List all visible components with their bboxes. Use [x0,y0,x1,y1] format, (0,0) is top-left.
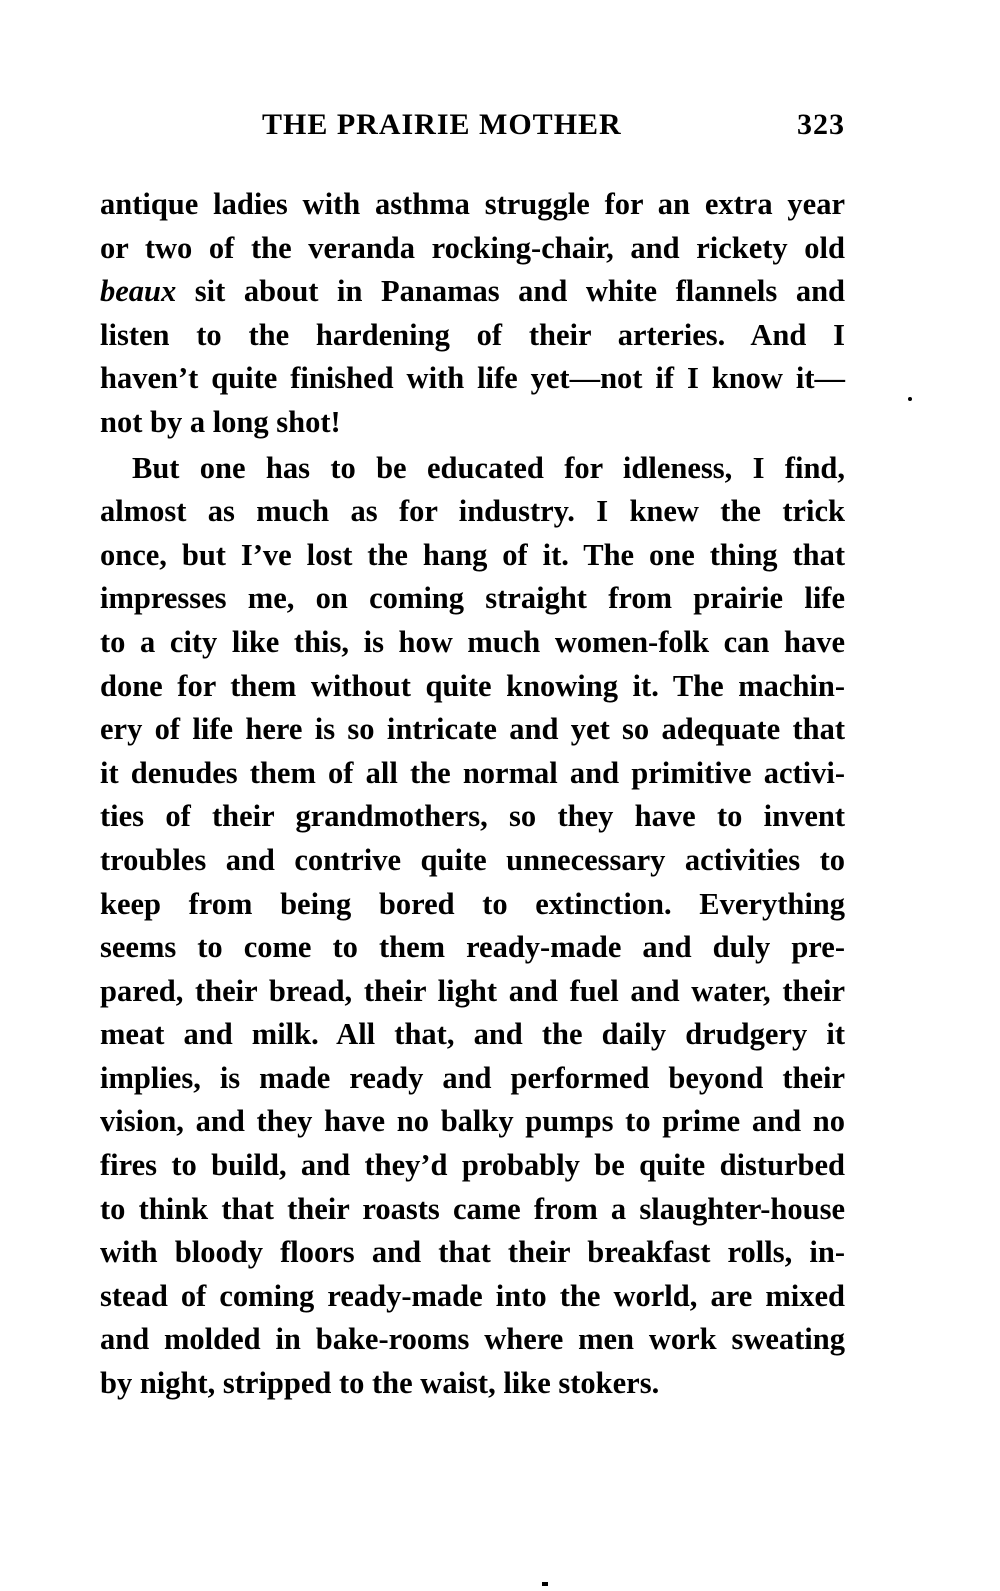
text-line: vision, and they have no balky pumps to … [100,1100,845,1144]
italic-word: beaux [100,274,176,308]
text-line: not by a long shot! [100,401,845,445]
text-line: almost as much as for industry. I knew t… [100,490,845,534]
text-line: troubles and contrive quite unnecessary … [100,839,845,883]
scan-mark [542,1582,548,1586]
text-line: ties of their grandmothers, so they have… [100,795,845,839]
text-line: pared, their bread, their light and fuel… [100,970,845,1014]
body-text: antique ladies with asthma struggle for … [100,183,845,1406]
text-line: with bloody floors and that their breakf… [100,1231,845,1275]
text-line: or two of the veranda rocking-chair, and… [100,227,845,271]
scan-speck [908,397,912,401]
text-line: beaux sit about in Panamas and white fla… [100,270,845,314]
text-line: keep from being bored to extinction. Eve… [100,883,845,927]
running-title: THE PRAIRIE MOTHER [262,108,622,142]
text-line: to a city like this, is how much women-f… [100,621,845,665]
text-line: seems to come to them ready-made and dul… [100,926,845,970]
text-line: stead of coming ready-made into the worl… [100,1275,845,1319]
page-number: 323 [797,108,845,142]
text-line: But one has to be educated for idleness,… [100,447,845,491]
text-line: implies, is made ready and performed bey… [100,1057,845,1101]
text-line: meat and milk. All that, and the daily d… [100,1013,845,1057]
text-line: antique ladies with asthma struggle for … [100,183,845,227]
book-page: THE PRAIRIE MOTHER 323 antique ladies wi… [0,0,1000,1591]
text-line: done for them without quite knowing it. … [100,665,845,709]
text-line: fires to build, and they’d probably be q… [100,1144,845,1188]
text-line: it denudes them of all the normal and pr… [100,752,845,796]
paragraph: But one has to be educated for idleness,… [100,447,845,1406]
text-line: to think that their roasts came from a s… [100,1188,845,1232]
paragraph-continued: antique ladies with asthma struggle for … [100,183,845,445]
text-line: by night, stripped to the waist, like st… [100,1362,845,1406]
running-head: THE PRAIRIE MOTHER 323 [100,108,845,148]
text-line: and molded in bake-rooms where men work … [100,1318,845,1362]
text-line: haven’t quite finished with life yet—not… [100,357,845,401]
text-line-rest: sit about in Panamas and white flannels … [176,274,845,308]
text-line: ery of life here is so intricate and yet… [100,708,845,752]
text-line: listen to the hardening of their arterie… [100,314,845,358]
text-line: impresses me, on coming straight from pr… [100,577,845,621]
text-line: once, but I’ve lost the hang of it. The … [100,534,845,578]
